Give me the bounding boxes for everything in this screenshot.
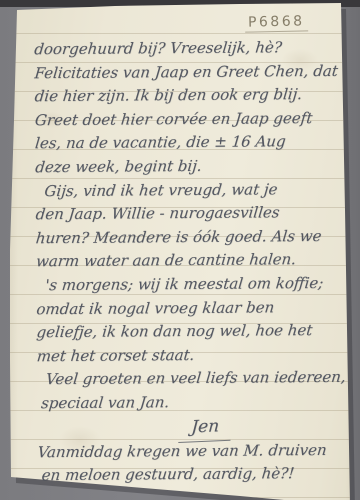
handwriting-line: Greet doet hier corvée en Jaap geeft — [34, 107, 340, 133]
letter-body: doorgehuurd bij? Vreeselijk, hè? Felicit… — [34, 36, 342, 488]
signature: Jen — [178, 413, 232, 442]
signature-row: Jen — [36, 413, 342, 440]
handwriting-line: 's morgens; wij ik meestal om koffie; — [35, 272, 341, 298]
postscript-line: en meloen gestuurd, aardig, hè?! — [37, 462, 343, 488]
postscript-line: Vanmiddag kregen we van M. druiven — [36, 438, 342, 464]
handwriting-line: warm water aan de cantine halen. — [35, 248, 341, 274]
handwriting-line: den Jaap. Willie - nurogaesvilles — [34, 201, 340, 227]
handwriting-line: geliefje, ik kon dan nog wel, hoe het — [35, 319, 341, 345]
paper-content: P6868 doorgehuurd bij? Vreeselijk, hè? F… — [0, 0, 360, 500]
handwriting-line: doorgehuurd bij? Vreeselijk, hè? — [33, 36, 339, 62]
handwriting-line: Felicitaties van Jaap en Greet Chen, dat — [33, 59, 339, 85]
handwriting-line: Veel groeten en veel liefs van iedereen, — [36, 366, 342, 392]
handwriting-line: omdat ik nogal vroeg klaar ben — [35, 295, 341, 321]
handwriting-line: Gijs, vind ik het vreugd, wat je — [34, 177, 340, 203]
handwriting-line: les, na de vacantie, die ± 16 Aug — [34, 130, 340, 156]
handwriting-line: speciaal van Jan. — [36, 390, 342, 416]
scanned-letter: P6868 doorgehuurd bij? Vreeselijk, hè? F… — [0, 0, 360, 500]
handwriting-line: met het corset staat. — [36, 343, 342, 369]
reference-code: P6868 — [245, 13, 308, 32]
handwriting-line: deze week, begint bij. — [34, 154, 340, 180]
handwriting-line: huren? Meandere is óók goed. Als we — [35, 225, 341, 251]
handwriting-line: die hier zijn. Ik bij den ook erg blij. — [34, 83, 340, 109]
